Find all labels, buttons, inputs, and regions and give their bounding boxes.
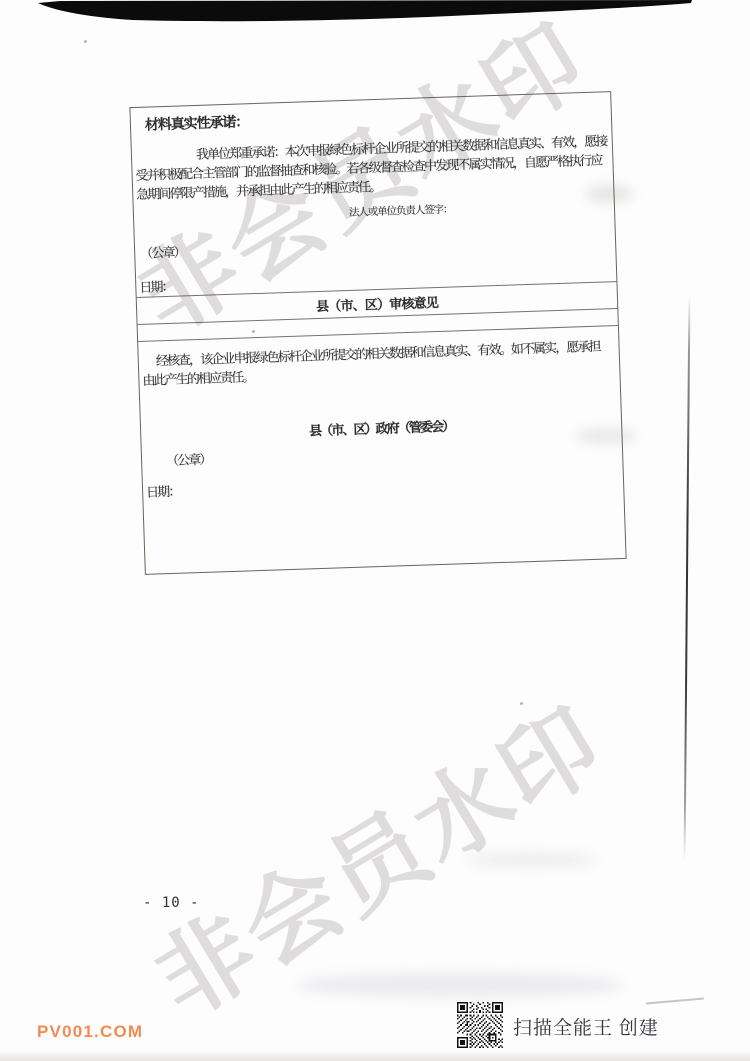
review-paragraph-line-1: 经核查，该企业申报绿色标杆企业所提交的相关数据和信息真实、有效。如不属实，愿承担 xyxy=(142,339,600,370)
page-number: - 10 - xyxy=(143,895,200,911)
site-watermark-label: PV001.COM xyxy=(37,1022,143,1042)
commitment-section: 材料真实性承诺： 我单位郑重承诺：本次申报绿色标杆企业所提交的相关数据和信息真实… xyxy=(130,92,616,298)
scan-edge-top xyxy=(0,0,750,28)
seal-label: （公章） xyxy=(140,244,185,261)
review-section: 经核查，该企业申报绿色标杆企业所提交的相关数据和信息真实、有效。如不属实，愿承担… xyxy=(138,326,625,574)
commitment-form-table: 材料真实性承诺： 我单位郑重承诺：本次申报绿色标杆企业所提交的相关数据和信息真实… xyxy=(129,91,626,575)
signature-label: 法人或单位负责人签字： xyxy=(349,201,453,219)
qr-code xyxy=(457,1002,503,1048)
authority-label: 县（市、区）政府（管委会） xyxy=(141,413,621,445)
commitment-title: 材料真实性承诺： xyxy=(145,111,249,134)
scanner-credit-label: 扫描全能王 创建 xyxy=(513,1013,659,1040)
scan-edge-right xyxy=(684,295,691,860)
seal-label: （公章） xyxy=(166,452,211,469)
scanned-document-page: 非会员水印 非会员水印 材料真实性承诺： 我单位郑重承诺：本次申报绿色标杆企业所… xyxy=(0,0,750,1061)
review-paragraph-line-2: 由此产生的相应责任。 xyxy=(142,369,253,389)
scan-speck xyxy=(84,40,87,43)
date-label: 日期： xyxy=(146,484,180,501)
scan-smudge xyxy=(295,972,625,998)
scan-edge-bottom-right xyxy=(646,997,704,1004)
date-label: 日期： xyxy=(139,279,173,296)
scan-edge-bottom xyxy=(0,1050,750,1061)
